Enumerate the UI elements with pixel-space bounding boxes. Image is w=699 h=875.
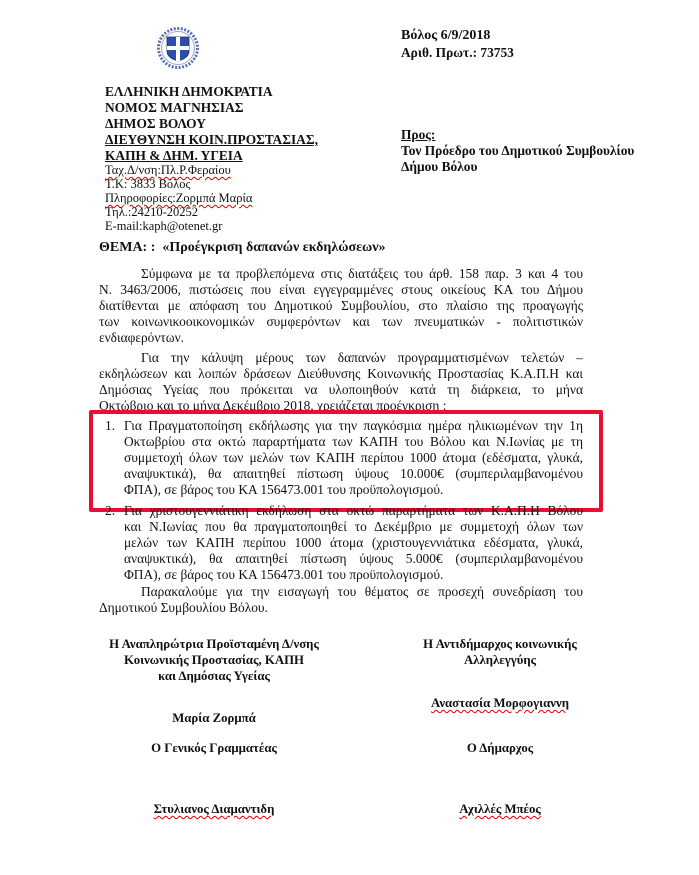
subject: ΘΕΜΑ: : «Προέγκριση δαπανών εκδηλώσεων» <box>99 240 386 256</box>
paragraph-line: Για την κάλυψη μέρους των δαπανών προγρα… <box>141 350 583 366</box>
recipient-line: Δήμου Βόλου <box>401 159 477 175</box>
info-contact: Πληροφορίες:Ζορμπά Μαρία <box>105 191 252 205</box>
right-signatory-name: Αναστασία Μορφογιαννη <box>400 695 600 711</box>
subject-label: ΘΕΜΑ: : <box>99 240 155 255</box>
address: Ταχ.Δ/νση:Πλ.Ρ.Φεραίου <box>105 163 231 177</box>
paragraph-line: Ν. 3463/2006, πιστώσεις που είναι εγγεγρ… <box>99 282 583 298</box>
left-signatory-title: και Δημόσιας Υγείας <box>99 668 329 684</box>
department-line: ΚΑΠΗ & ΔΗΜ. ΥΓΕΙΑ <box>105 148 243 164</box>
left-signatory-title: Κοινωνικής Προστασίας, ΚΑΠΗ <box>99 652 329 668</box>
item-line: μελών των ΚΑΠΗ περίπου 1000 άτομα (χριστ… <box>124 535 583 551</box>
department-line: ΔΙΕΥΘΥΝΣΗ ΚΟΙΝ.ΠΡΟΣΤΑΣΙΑΣ, <box>105 132 318 148</box>
closing-line: Δημοτικού Συμβουλίου Βόλου. <box>99 600 268 616</box>
to-label: Προς: <box>401 127 435 143</box>
greek-coat-of-arms-icon <box>157 27 199 69</box>
paragraph-line: διατίθενται με απόφαση του Δημοτικού Συμ… <box>99 298 583 314</box>
postal-code: Τ.Κ: 3833 Βόλος <box>105 177 190 191</box>
closing-line: Παρακαλούμε για την εισαγωγή του θέματος… <box>141 584 583 600</box>
paragraph-line: ενδιαφερόντων. <box>99 330 583 346</box>
email: E-mail:kaph@otenet.gr <box>105 219 222 233</box>
item-line: και Ν.Ιωνίας που θα πραγματοποιηθεί το Δ… <box>124 519 583 535</box>
right-signatory-title: Η Αντιδήμαρχος κοινωνικής <box>400 636 600 652</box>
left-signatory-name: Μαρία Ζορμπά <box>99 710 329 726</box>
document-date: Βόλος 6/9/2018 <box>401 28 490 44</box>
paragraph-line: των κοινωνικοοικονομικών συμφερόντων και… <box>99 314 583 330</box>
paragraph-line: Δημόσιας Υγείας που πρόκειται να υλοποιη… <box>99 382 583 398</box>
org-line: ΝΟΜΟΣ ΜΑΓΝΗΣΙΑΣ <box>105 100 244 116</box>
item-number: 2. <box>105 503 115 519</box>
item-line: αναψυκτικά), θα απαιτηθεί πίστωση ύψους … <box>124 551 583 567</box>
highlight-annotation-box <box>89 410 603 512</box>
paragraph-line: εκδηλώσεων και λοιπών δράσεων Διεύθυνσης… <box>99 366 583 382</box>
protocol: Αριθ. Πρωτ.: 73753 <box>401 45 514 61</box>
mayor-name: Αχιλλές Μπέος <box>400 801 600 817</box>
mayor-title: Ο Δήμαρχος <box>400 740 600 756</box>
paragraph-line: Σύμφωνα με τα προβλεπόμενα στις διατάξει… <box>141 266 583 282</box>
item-line: Για χριστουγεννιάτικη εκδήλωση στα οκτώ … <box>124 503 583 519</box>
secretary-name: Στυλιανος Διαμαντιδη <box>99 801 329 817</box>
protocol-number: 73753 <box>480 45 513 60</box>
phone: Τηλ.:24210-20252 <box>105 205 198 219</box>
subject-text: «Προέγκριση δαπανών εκδηλώσεων» <box>162 240 385 255</box>
org-line: ΔΗΜΟΣ ΒΟΛΟΥ <box>105 116 206 132</box>
org-line: ΕΛΛΗΝΙΚΗ ΔΗΜΟΚΡΑΤΙΑ <box>105 84 273 100</box>
left-signatory-title: Η Αναπληρώτρια Προϊσταμένη Δ/νσης <box>99 636 329 652</box>
protocol-label: Αριθ. Πρωτ.: <box>401 45 477 60</box>
right-signatory-title: Αλληλεγγύης <box>400 652 600 668</box>
recipient-line: Τον Πρόεδρο του Δημοτικού Συμβουλίου <box>401 143 634 159</box>
secretary-title: Ο Γενικός Γραμματέας <box>99 740 329 756</box>
item-line: ΦΠΑ), σε βάρος του ΚΑ 156473.001 του προ… <box>124 567 583 583</box>
